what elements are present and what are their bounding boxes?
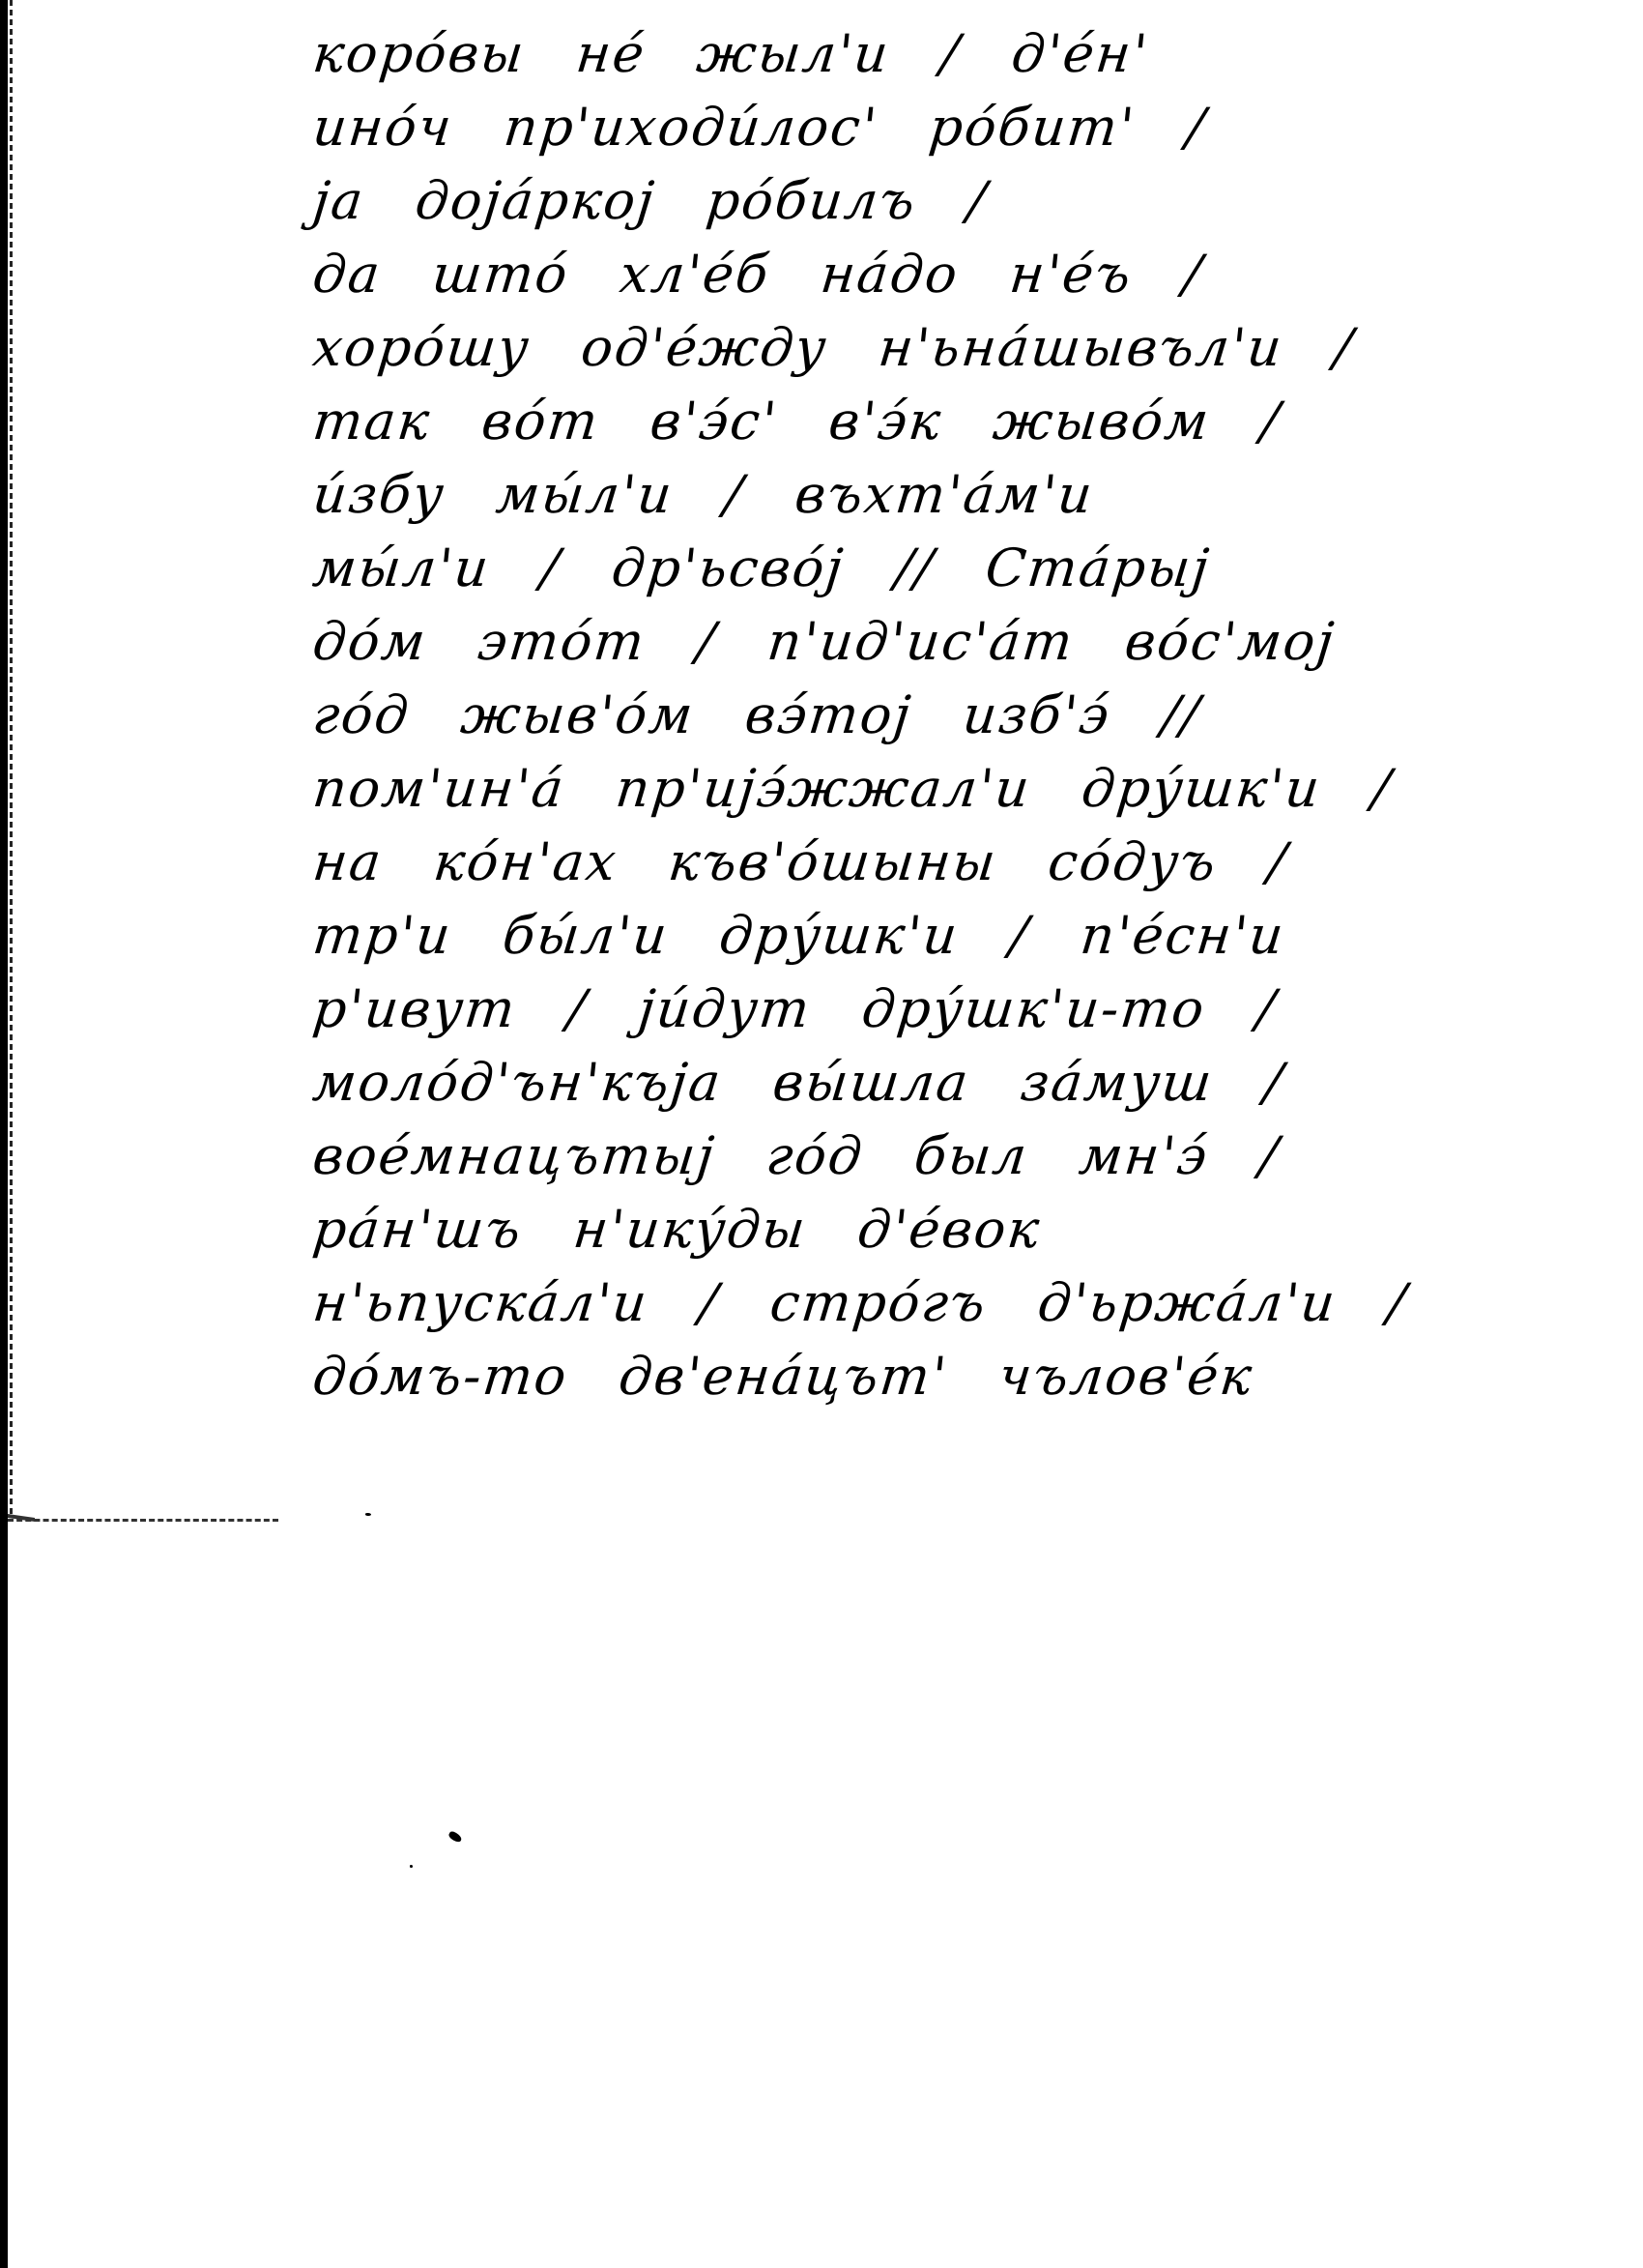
text-line: го́д жыв'о́м вэ́тоj изб'э́ //	[309, 679, 1303, 752]
ink-speck	[365, 1513, 371, 1516]
text-line: так во́т в'э́с' в'э́к жыво́м /	[309, 385, 1303, 458]
text-line: ра́н'шъ н'ику́ды д'е́вок	[309, 1193, 1303, 1266]
text-line: jа доjа́ркоj ро́билъ /	[309, 164, 1303, 238]
binding-edge	[0, 0, 8, 2268]
text-line: н'ьпуска́л'и / стро́гъ д'ьржа́л'и /	[309, 1266, 1303, 1340]
text-line: ино́ч пр'иходи́лос' ро́бит' /	[309, 91, 1303, 164]
page-corner-mark	[8, 1514, 35, 1522]
ink-speck	[410, 1865, 413, 1868]
text-line: мы́л'и / др'ьсво́j // Ста́рыj	[309, 532, 1303, 605]
text-line: хоро́шу од'е́жду н'ьна́шывъл'и /	[309, 311, 1303, 385]
text-line: и́збу мы́л'и / въхт'а́м'и	[309, 458, 1303, 532]
text-line: до́м это́т / п'ид'ис'а́т во́с'моj	[309, 605, 1303, 679]
page-edge-rule	[8, 1519, 278, 1522]
text-line: на ко́н'ах къв'о́шыны со́дуъ /	[309, 826, 1303, 899]
ink-speck	[447, 1830, 463, 1844]
binding-shadow	[10, 0, 13, 1518]
text-line: пом'ин'а́ пр'иjэ́жжал'и дру́шк'и /	[309, 752, 1303, 826]
handwritten-text: коро́вы не́ жыл'и / д'е́н' ино́ч пр'иход…	[309, 17, 1295, 1413]
text-line: да што́ хл'е́б на́до н'е́ъ /	[309, 238, 1303, 311]
text-line: р'ивут / jи́дут дру́шк'и-то /	[309, 973, 1303, 1046]
scanned-page: коро́вы не́ жыл'и / д'е́н' ино́ч пр'иход…	[0, 0, 1643, 2268]
text-line: коро́вы не́ жыл'и / д'е́н'	[309, 17, 1303, 91]
text-line: до́мъ-то дв'ена́цът' чълов'е́к	[309, 1340, 1303, 1413]
text-line: моло́д'ън'къjа вы́шла за́муш /	[309, 1046, 1303, 1119]
text-line: тр'и бы́л'и дру́шк'и / п'е́сн'и	[309, 899, 1303, 973]
text-line: вое́мнацътыj го́д был мн'э́ /	[309, 1119, 1303, 1193]
